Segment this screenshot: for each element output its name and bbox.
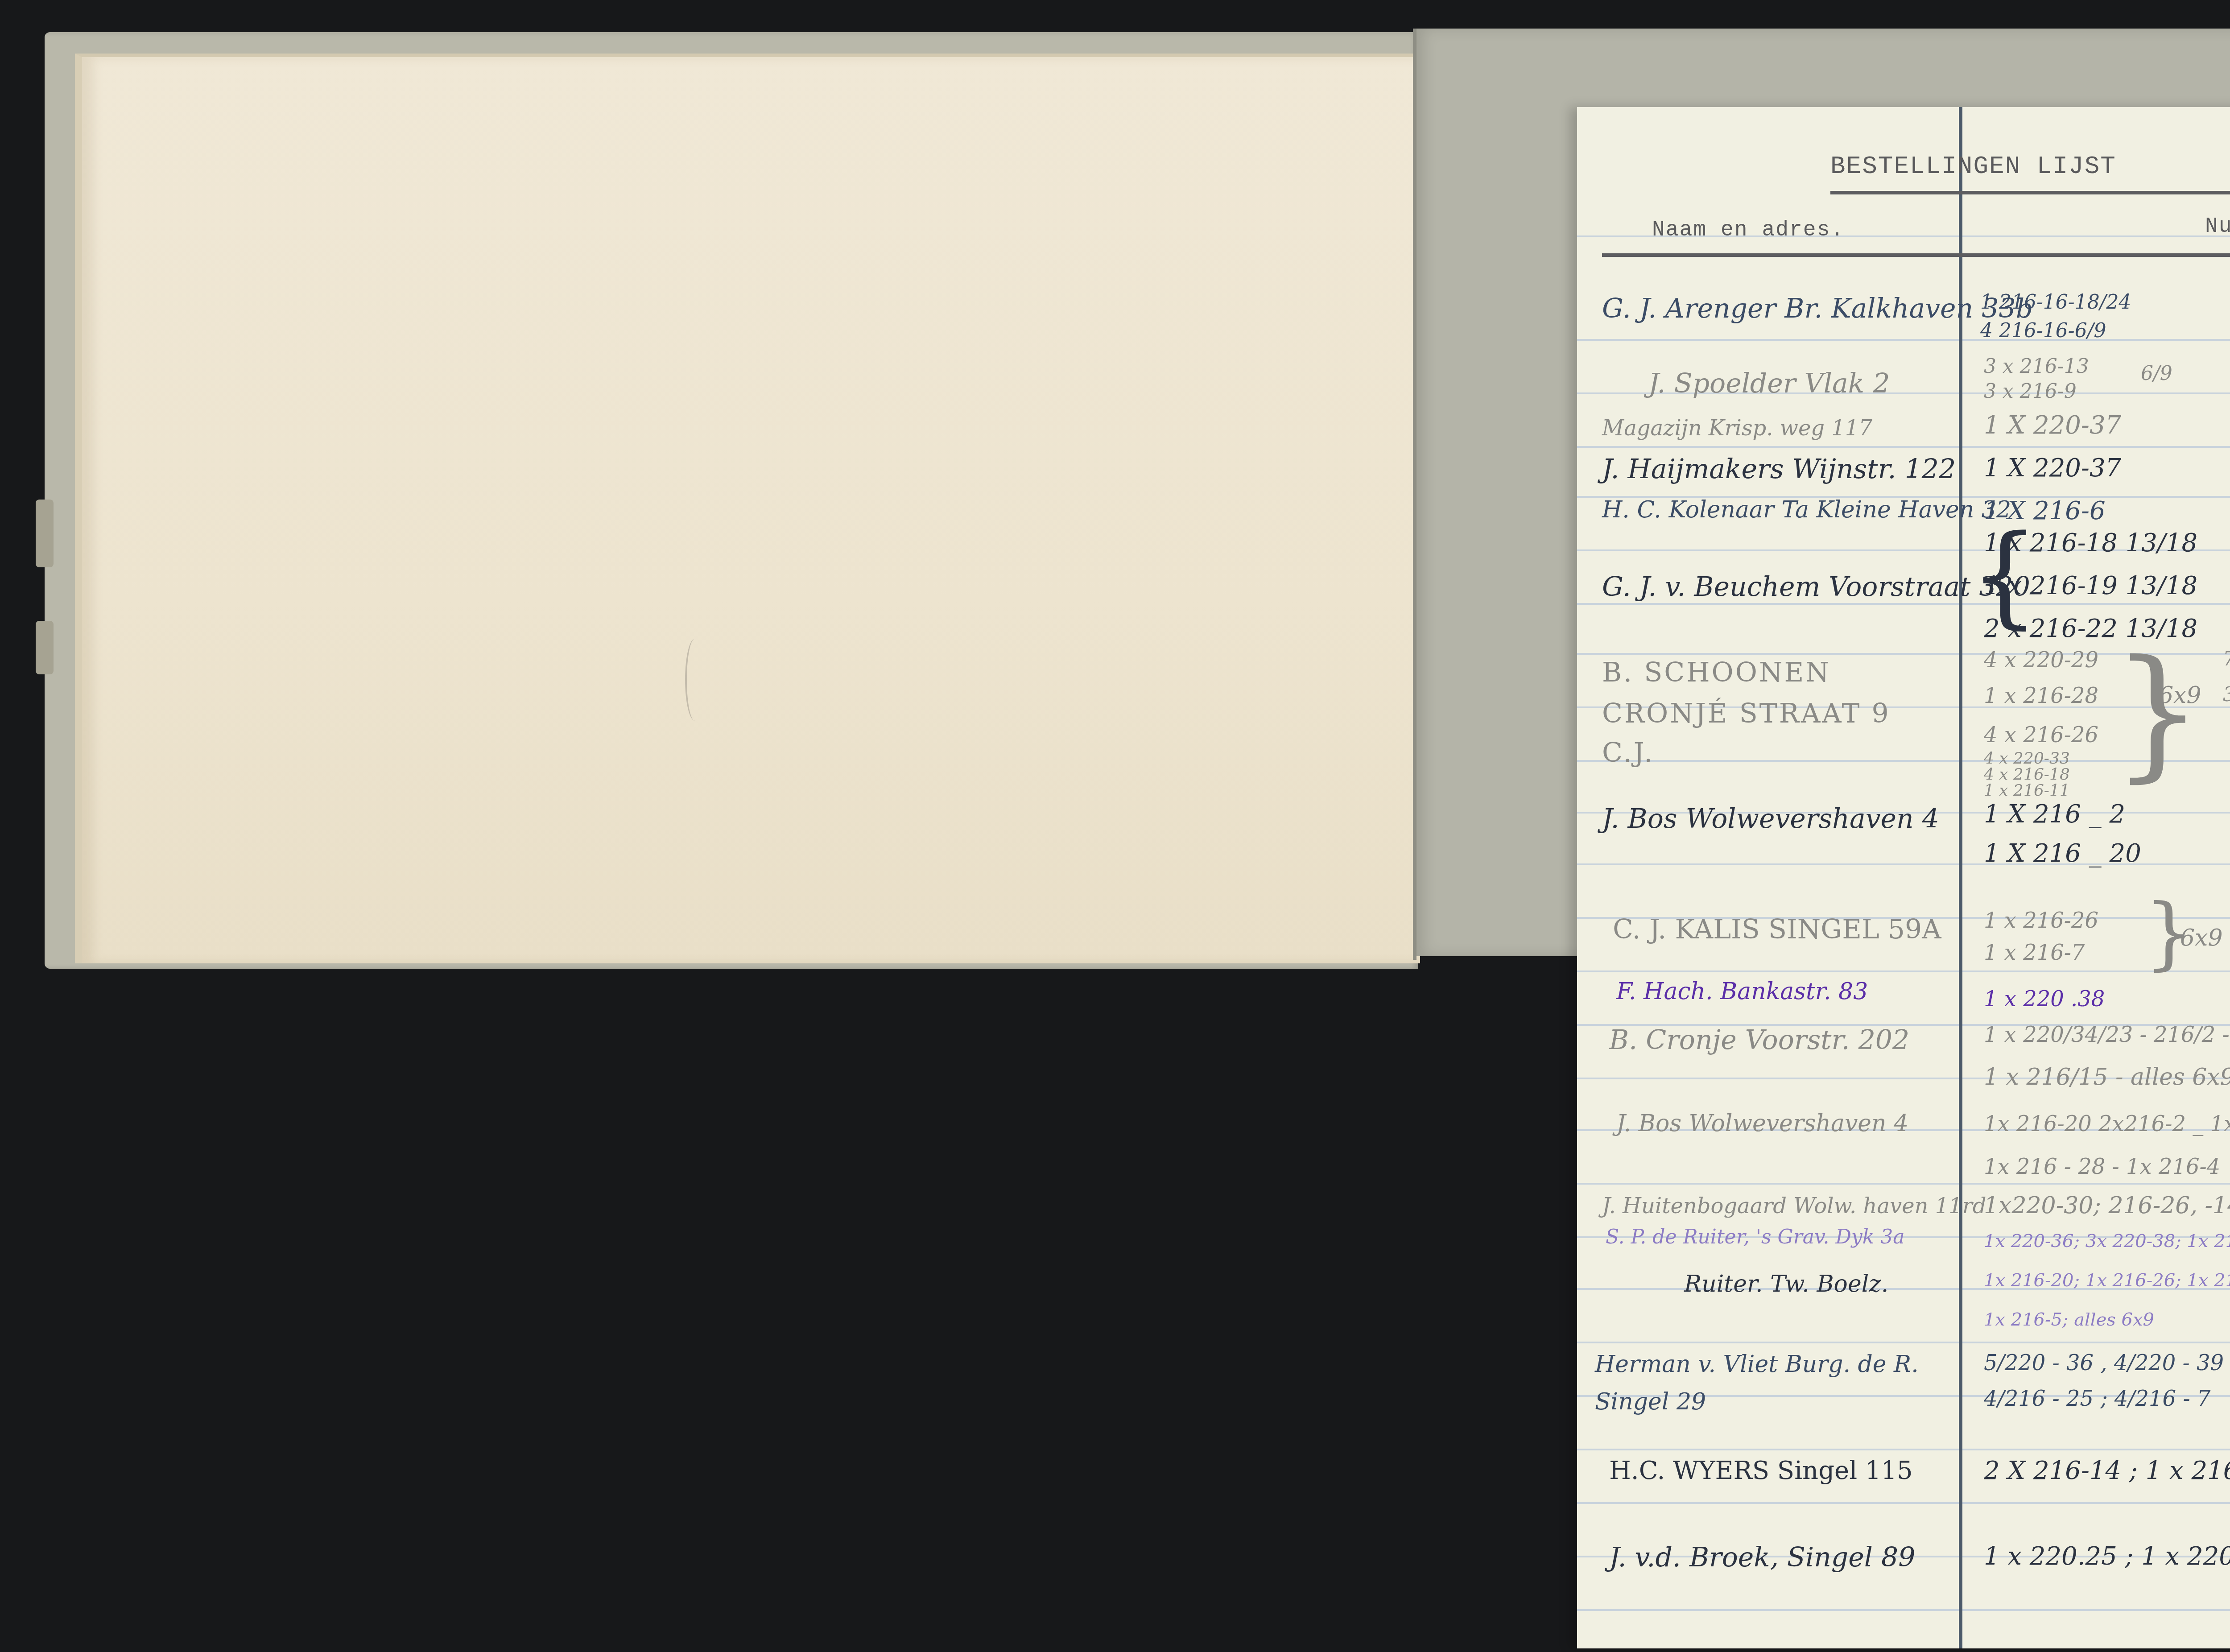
entry-name: G. J. v. Beuchem Voorstraat 320: [1602, 574, 2030, 601]
entry-order: 2 X 216-14 ; 1 x 216-26: [1984, 1459, 2230, 1484]
entry-name: J. v.d. Broek, Singel 89: [1609, 1545, 1915, 1572]
entry-order: 1x 216 - 28 - 1x 216-4: [1984, 1156, 2220, 1177]
binding-tab: [36, 500, 54, 567]
entry-order: 1 x 220/34/23 - 216/2 - 216/22 - 216/24 …: [1984, 1024, 2230, 1045]
entry-order: 1x 216-5; alles 6x9: [1984, 1313, 2154, 1331]
entry-order: 4 x 216-18: [1984, 769, 2070, 785]
entry-name: B. Cronje Voorstr. 202: [1609, 1028, 1909, 1054]
entry-extra-order: 3 x 216-11: [2223, 685, 2230, 705]
scan-backdrop: BESTELLINGEN LIJST Naam en adres. Nummer…: [0, 0, 2230, 1652]
entry-order: 1 X 216 _ 2: [1984, 803, 2125, 828]
blank-left-page: [75, 54, 1420, 963]
ruled-line: [1577, 971, 2230, 972]
entry-order: 1 x 216-7: [1984, 942, 2085, 963]
entry-name: C. J. KALIS SINGEL 59A: [1613, 917, 1941, 944]
entry-name: G. J. Arenger Br. Kalkhaven 33b: [1602, 296, 2033, 323]
entry-name: H. C. Kolenaar Ta Kleine Haven 32: [1602, 500, 2011, 523]
entry-order: 1 x 216-19 13/18: [1984, 574, 2197, 599]
entry-order: 3 x 216-9: [1984, 382, 2077, 401]
entry-order: 4 x 220-29: [1984, 649, 2098, 671]
entry-order: 1x 216-20 2x216-2 _ 1x216-23 - 1x216-19: [1984, 1113, 2230, 1135]
ruled-line: [1577, 603, 2230, 605]
entry-note: 6/9: [2141, 364, 2172, 384]
entry-order: 1 X 220-37: [1984, 414, 2121, 439]
entry-order: 1 X 216 _ 20: [1984, 842, 2141, 867]
entry-order: 1 x 216/15 - alles 6x9.: [1984, 1067, 2230, 1090]
entry-order: 1x 220-36; 3x 220-38; 1x 216-3: [1984, 1235, 2230, 1252]
entry-name: Magazijn Krisp. weg 117: [1602, 417, 1872, 439]
entry-order: 1 x 216-28: [1984, 685, 2098, 706]
entry-note: 6x9: [2180, 928, 2223, 951]
entry-name: J. Huitenbogaard Wolw. haven 11rd: [1602, 1195, 1986, 1217]
ruled-line: [1577, 446, 2230, 448]
spine-crease: [1413, 29, 1416, 960]
pencil-mark: [685, 639, 705, 721]
column-header-name: Naam en adres.: [1652, 218, 1844, 243]
curly-brace: }: [2112, 642, 2203, 785]
ruled-line: [1577, 1342, 2230, 1343]
entry-name: F. Hach. Bankastr. 83: [1616, 981, 1868, 1004]
entry-order: 4 x 216-26: [1984, 724, 2098, 746]
ruled-line: [1577, 339, 2230, 341]
ruled-line: [1577, 1183, 2230, 1185]
entry-order: 1 216-16-18/24: [1980, 293, 2131, 312]
entry-note: 6x9: [2159, 685, 2201, 708]
entry-order: 4 216-16-6/9: [1980, 321, 2106, 341]
column-header-numbers: Nummers of gehele serie: [2205, 214, 2230, 239]
entry-name: H.C. WYERS Singel 115: [1609, 1459, 1913, 1484]
entry-name: J. Bos Wolwevershaven 4: [1616, 1113, 1908, 1136]
entry-order: 1 x 216-11: [1984, 785, 2070, 801]
ruled-line: [1577, 1609, 2230, 1611]
entry-signature: Ruiter. Tw. Boelz.: [1684, 1274, 1888, 1297]
entry-order: 4 x 220-33: [1984, 753, 2070, 769]
entry-order: 1 x 216-18 13/18: [1984, 532, 2197, 557]
entry-order: 5/220 - 36 , 4/220 - 39: [1984, 1352, 2224, 1374]
entry-order: 1 x 220 .38: [1984, 988, 2105, 1010]
ruled-line: [1577, 1449, 2230, 1450]
header-rule: [1602, 253, 2230, 257]
entry-name: Herman v. Vliet Burg. de R. Singel 29: [1595, 1349, 1952, 1423]
sheet-title: BESTELLINGEN LIJST: [1830, 153, 2116, 182]
ruled-line: [1577, 1502, 2230, 1504]
entry-order: 1 x 216-26: [1984, 910, 2098, 931]
entry-name: B. SCHOONEN CRONJÉ STRAAT 9 C.J.: [1602, 653, 1941, 773]
entry-order: 1 x 220.25 ; 1 x 220.26: [1984, 1545, 2230, 1570]
order-sheet: BESTELLINGEN LIJST Naam en adres. Nummer…: [1577, 107, 2230, 1648]
entry-extra-order: 7 x 220-32: [2223, 649, 2230, 669]
entry-order: 1x 216-20; 1x 216-26; 1x 216-4: [1984, 1274, 2230, 1292]
entry-order: 4/216 - 25 ; 4/216 - 7: [1984, 1388, 2210, 1409]
entry-name: S. P. de Ruiter, 's Grav. Dyk 3a: [1606, 1227, 1905, 1247]
entry-order: 3 x 216-13: [1984, 357, 2089, 376]
entry-name: J. Haijmakers Wijnstr. 122: [1602, 457, 1956, 483]
entry-name: J. Bos Wolwevershaven 4: [1602, 806, 1939, 833]
binding-tab: [36, 621, 54, 674]
entry-name: J. Spoelder Vlak 2: [1648, 371, 1890, 398]
title-underline: [1830, 191, 2230, 194]
entry-order: 1x220-30; 216-26, -14, -15, -12, -4 (6x9…: [1984, 1195, 2230, 1218]
column-divider: [1959, 107, 1962, 1648]
entry-order: 1 X 220-37: [1984, 457, 2121, 482]
